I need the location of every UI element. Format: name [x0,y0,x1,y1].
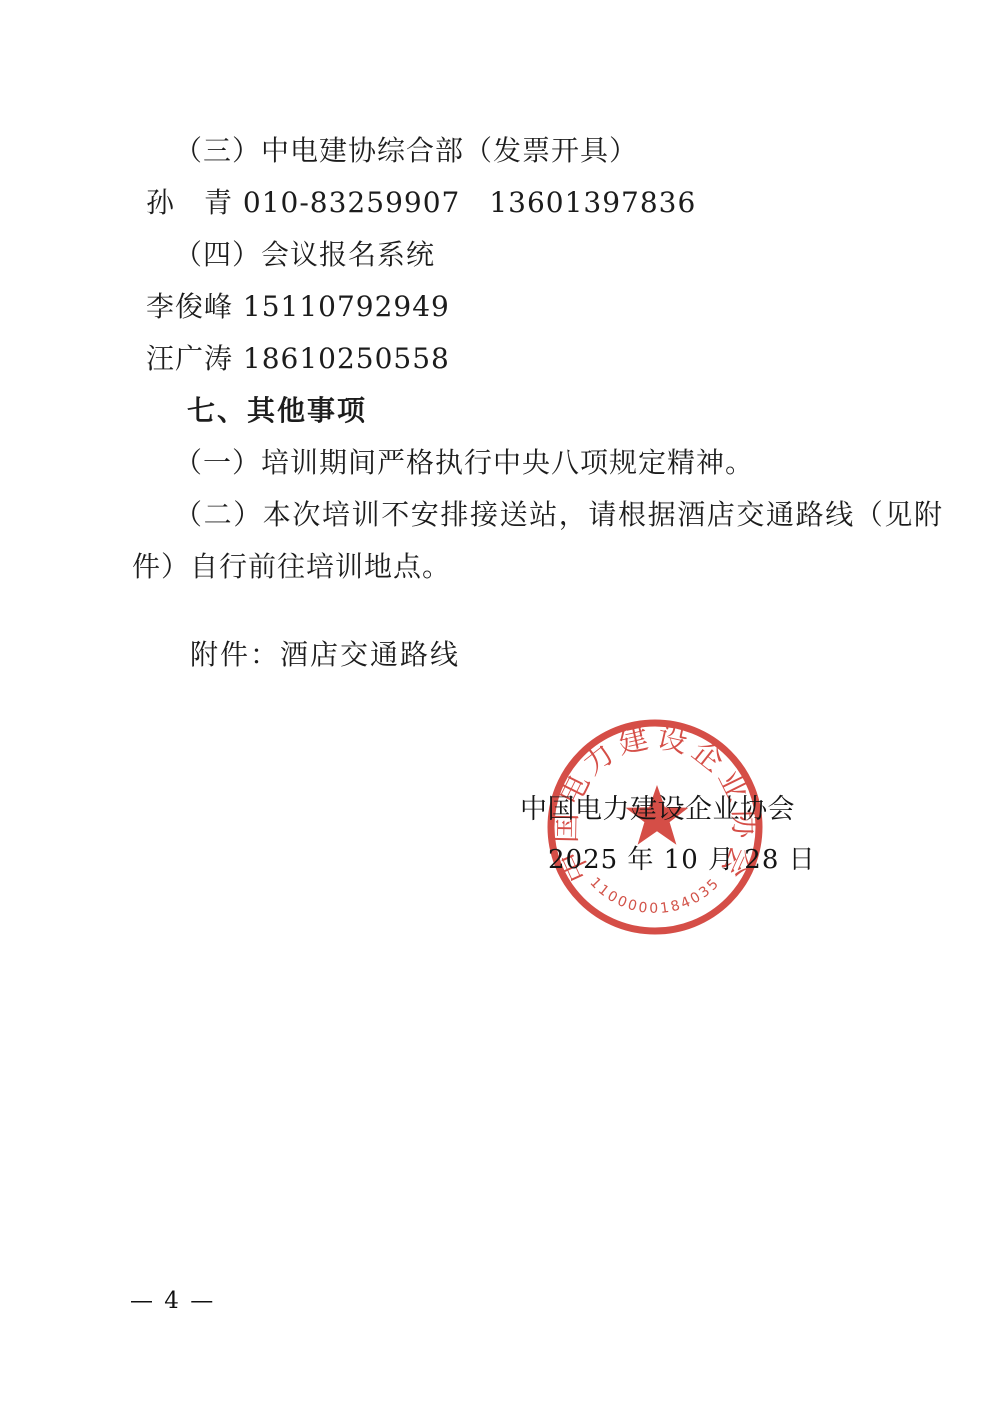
section-heading: 七、其他事项 [132,385,894,437]
official-seal: 中国电力建设企业协会 1100000184035 [535,707,775,947]
body-text-block: （三）中电建协综合部（发票开具） 孙 青 010-83259907 136013… [132,125,894,593]
contact-person-line: 李俊峰 15110792949 [132,281,894,333]
note-item-2-line-1: （二）本次培训不安排接送站，请根据酒店交通路线（见附 [132,489,894,541]
signature-date: 2025 年 10 月 28 日 [548,845,768,875]
attachment-line: 附件：酒店交通路线 [190,629,460,681]
contact-dept-line: （三）中电建协综合部（发票开具） [132,125,894,177]
page-number: — 4 — [130,1288,215,1314]
contact-person-line: 孙 青 010-83259907 13601397836 [132,177,894,229]
document-page: （三）中电建协综合部（发票开具） 孙 青 010-83259907 136013… [0,0,992,1403]
note-item-2-line-2: 件）自行前往培训地点。 [132,541,894,593]
signature-organization: 中国电力建设企业协会 [520,794,790,826]
registration-system-line: （四）会议报名系统 [132,229,894,281]
contact-person-line: 汪广涛 18610250558 [132,333,894,385]
seal-code: 1100000184035 [586,875,723,918]
note-item-1: （一）培训期间严格执行中央八项规定精神。 [132,437,894,489]
